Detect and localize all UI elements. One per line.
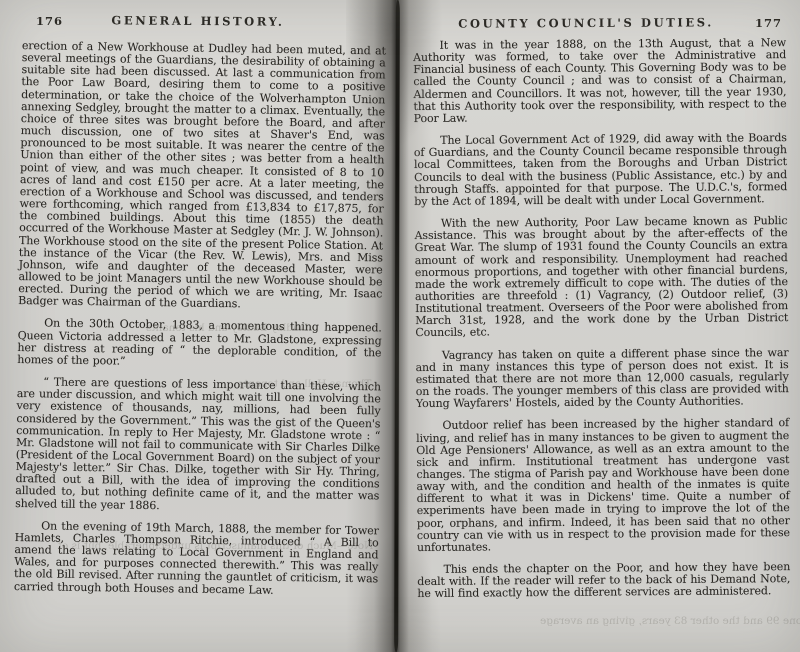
paragraph: erection of a New Workhouse at Dudley ha… [18, 40, 386, 313]
paragraph: On the evening of 19th March, 1888, the … [14, 520, 379, 598]
paragraph: It was in the year 1888, on the 13th Aug… [413, 37, 787, 125]
paragraph: With the new Authority, Poor Law became … [414, 215, 788, 339]
paragraph: On the 30th October, 1883, a momentous t… [17, 317, 382, 371]
book-scan: 176 GENERAL HISTORY. erection of a New W… [0, 0, 800, 652]
right-page-number: 177 [755, 16, 782, 30]
paragraph: The Local Government Act of 1929, did aw… [414, 132, 788, 208]
paragraph: This ends the chapter on the Poor, and h… [417, 561, 790, 600]
ghost-showthrough-text: the one 99 and the other 83 years, givin… [540, 615, 800, 627]
right-running-header: COUNTY COUNCIL'S DUTIES. [386, 15, 786, 31]
paragraph: Outdoor relief has been increased by the… [416, 417, 790, 554]
left-page: 176 GENERAL HISTORY. erection of a New W… [0, 0, 396, 652]
right-page-text: It was in the year 1888, on the 13th Aug… [413, 37, 790, 600]
paragraph: “ There are questions of less importance… [15, 376, 381, 515]
paragraph: Vagrancy has taken on quite a different … [415, 347, 788, 411]
left-page-text: erection of a New Workhouse at Dudley ha… [14, 40, 386, 598]
right-page: COUNTY COUNCIL'S DUTIES. 177 It was in t… [400, 0, 800, 652]
